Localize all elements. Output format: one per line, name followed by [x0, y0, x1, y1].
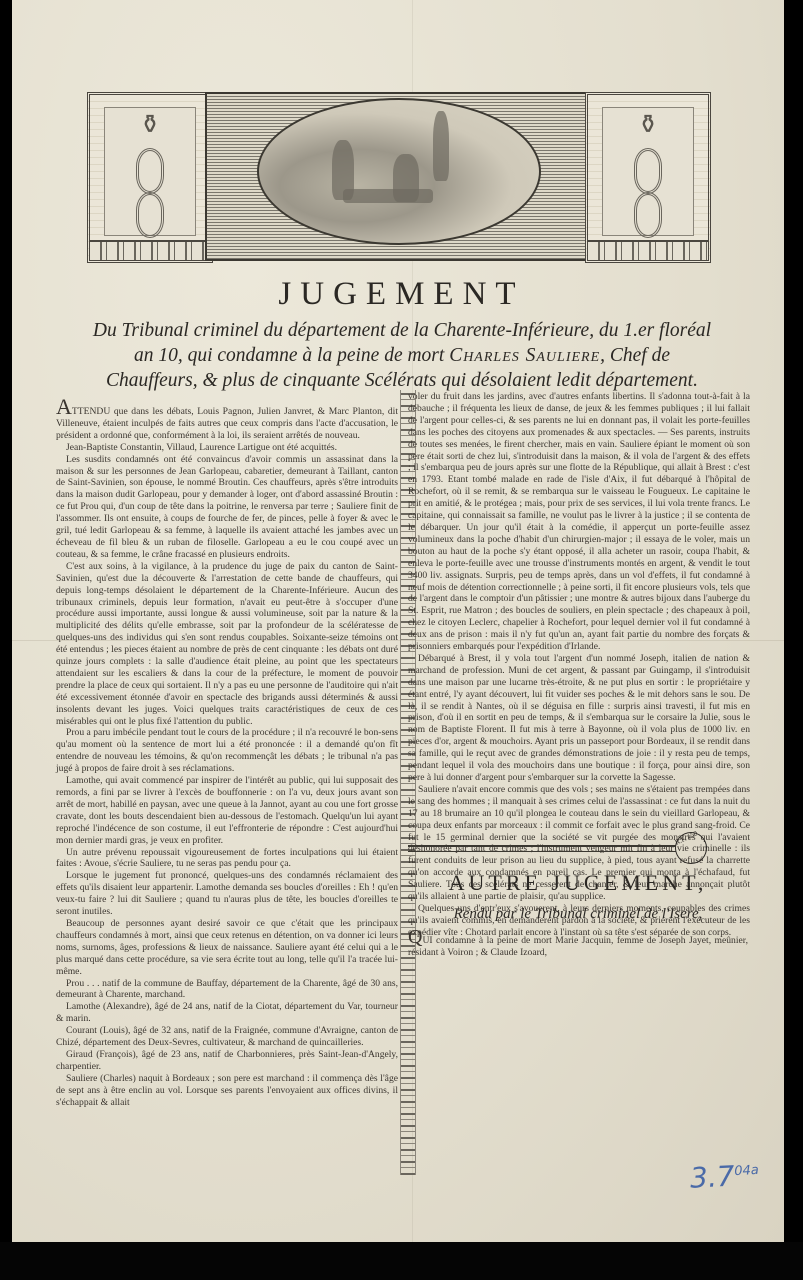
- condemned-name: Charles Sauliere: [449, 345, 600, 366]
- second-judgement-title: AUTRE JUGEMENT,: [408, 870, 748, 896]
- subtitle-line-2-end: , Chef de: [600, 345, 670, 366]
- paragraph: Lamothe (Alexandre), âgé de 24 ans, nati…: [56, 1001, 398, 1025]
- scroll-ornament-icon: [136, 192, 164, 238]
- paragraph: Les susdits condamnés ont été convaincus…: [56, 454, 398, 561]
- second-judgement-text: QUI condamne à la peine de mort Marie Ja…: [408, 930, 748, 959]
- paragraph: ATTENDU que dans les débats, Louis Pagno…: [56, 400, 398, 442]
- paragraph: Sauliere (Charles) naquit à Bordeaux ; s…: [56, 1073, 398, 1109]
- paragraph: Un autre prévenu repoussait vigoureuseme…: [56, 847, 398, 871]
- header-woodcut: ⚱ ⚱: [87, 92, 711, 257]
- border-strip: [588, 240, 708, 260]
- paragraph: Prou . . . natif de la commune de Bauffa…: [56, 978, 398, 1002]
- border-strip: [90, 240, 210, 260]
- subtitle-line-1: Du Tribunal criminel du département de l…: [93, 320, 711, 341]
- engraving-scene: [205, 92, 593, 261]
- section-rule: [408, 845, 676, 852]
- paragraph: voler du fruit dans les jardins, avec d'…: [408, 391, 750, 653]
- left-column: ATTENDU que dans les débats, Louis Pagno…: [56, 400, 398, 1108]
- paragraph: Giraud (François), âgé de 23 ans, natif …: [56, 1049, 398, 1073]
- left-ornament-panel: ⚱: [87, 92, 213, 263]
- urn-icon: ⚱: [139, 112, 161, 138]
- paragraph: Beaucoup de personnes ayant desiré savoi…: [56, 918, 398, 978]
- table-icon: [343, 189, 433, 203]
- page-subtitle: Du Tribunal criminel du département de l…: [48, 318, 756, 393]
- right-ornament-panel: ⚱: [585, 92, 711, 263]
- oval-vignette: [257, 98, 541, 245]
- subtitle-line-2: an 10, qui condamne à la peine de mort: [134, 345, 449, 366]
- drop-cap: A: [56, 394, 72, 419]
- scroll-ornament-icon: [634, 192, 662, 238]
- scroll-ornament-icon: [136, 148, 164, 194]
- second-judgement-subtitle: Rendu par le Tribunal criminel de l'Iser…: [408, 906, 748, 923]
- urn-icon: ⚱: [637, 112, 659, 138]
- handwritten-shelfmark: 3.704a: [689, 1158, 760, 1195]
- subtitle-line-3: Chauffeurs, & plus de cinquante Scélérat…: [106, 370, 698, 391]
- paragraph: Jean-Baptiste Constantin, Villaud, Laure…: [56, 442, 398, 454]
- paragraph: C'est aux soins, à la vigilance, à la pr…: [56, 561, 398, 728]
- paragraph: Lorsque le jugement fut prononcé, quelqu…: [56, 870, 398, 918]
- paragraph: Prou a paru imbécile pendant tout le cou…: [56, 727, 398, 775]
- paragraph: Lamothe, qui avait commencé par inspirer…: [56, 775, 398, 846]
- page-title: JUGEMENT: [0, 276, 803, 313]
- statue-icon: [433, 111, 449, 181]
- paragraph: Débarqué à Brest, il y vola tout l'argen…: [408, 653, 750, 784]
- paragraph: Courant (Louis), âgé de 32 ans, natif de…: [56, 1025, 398, 1049]
- drop-cap: Q: [408, 926, 422, 948]
- scroll-ornament-icon: [634, 148, 662, 194]
- scan-background: [0, 1242, 803, 1280]
